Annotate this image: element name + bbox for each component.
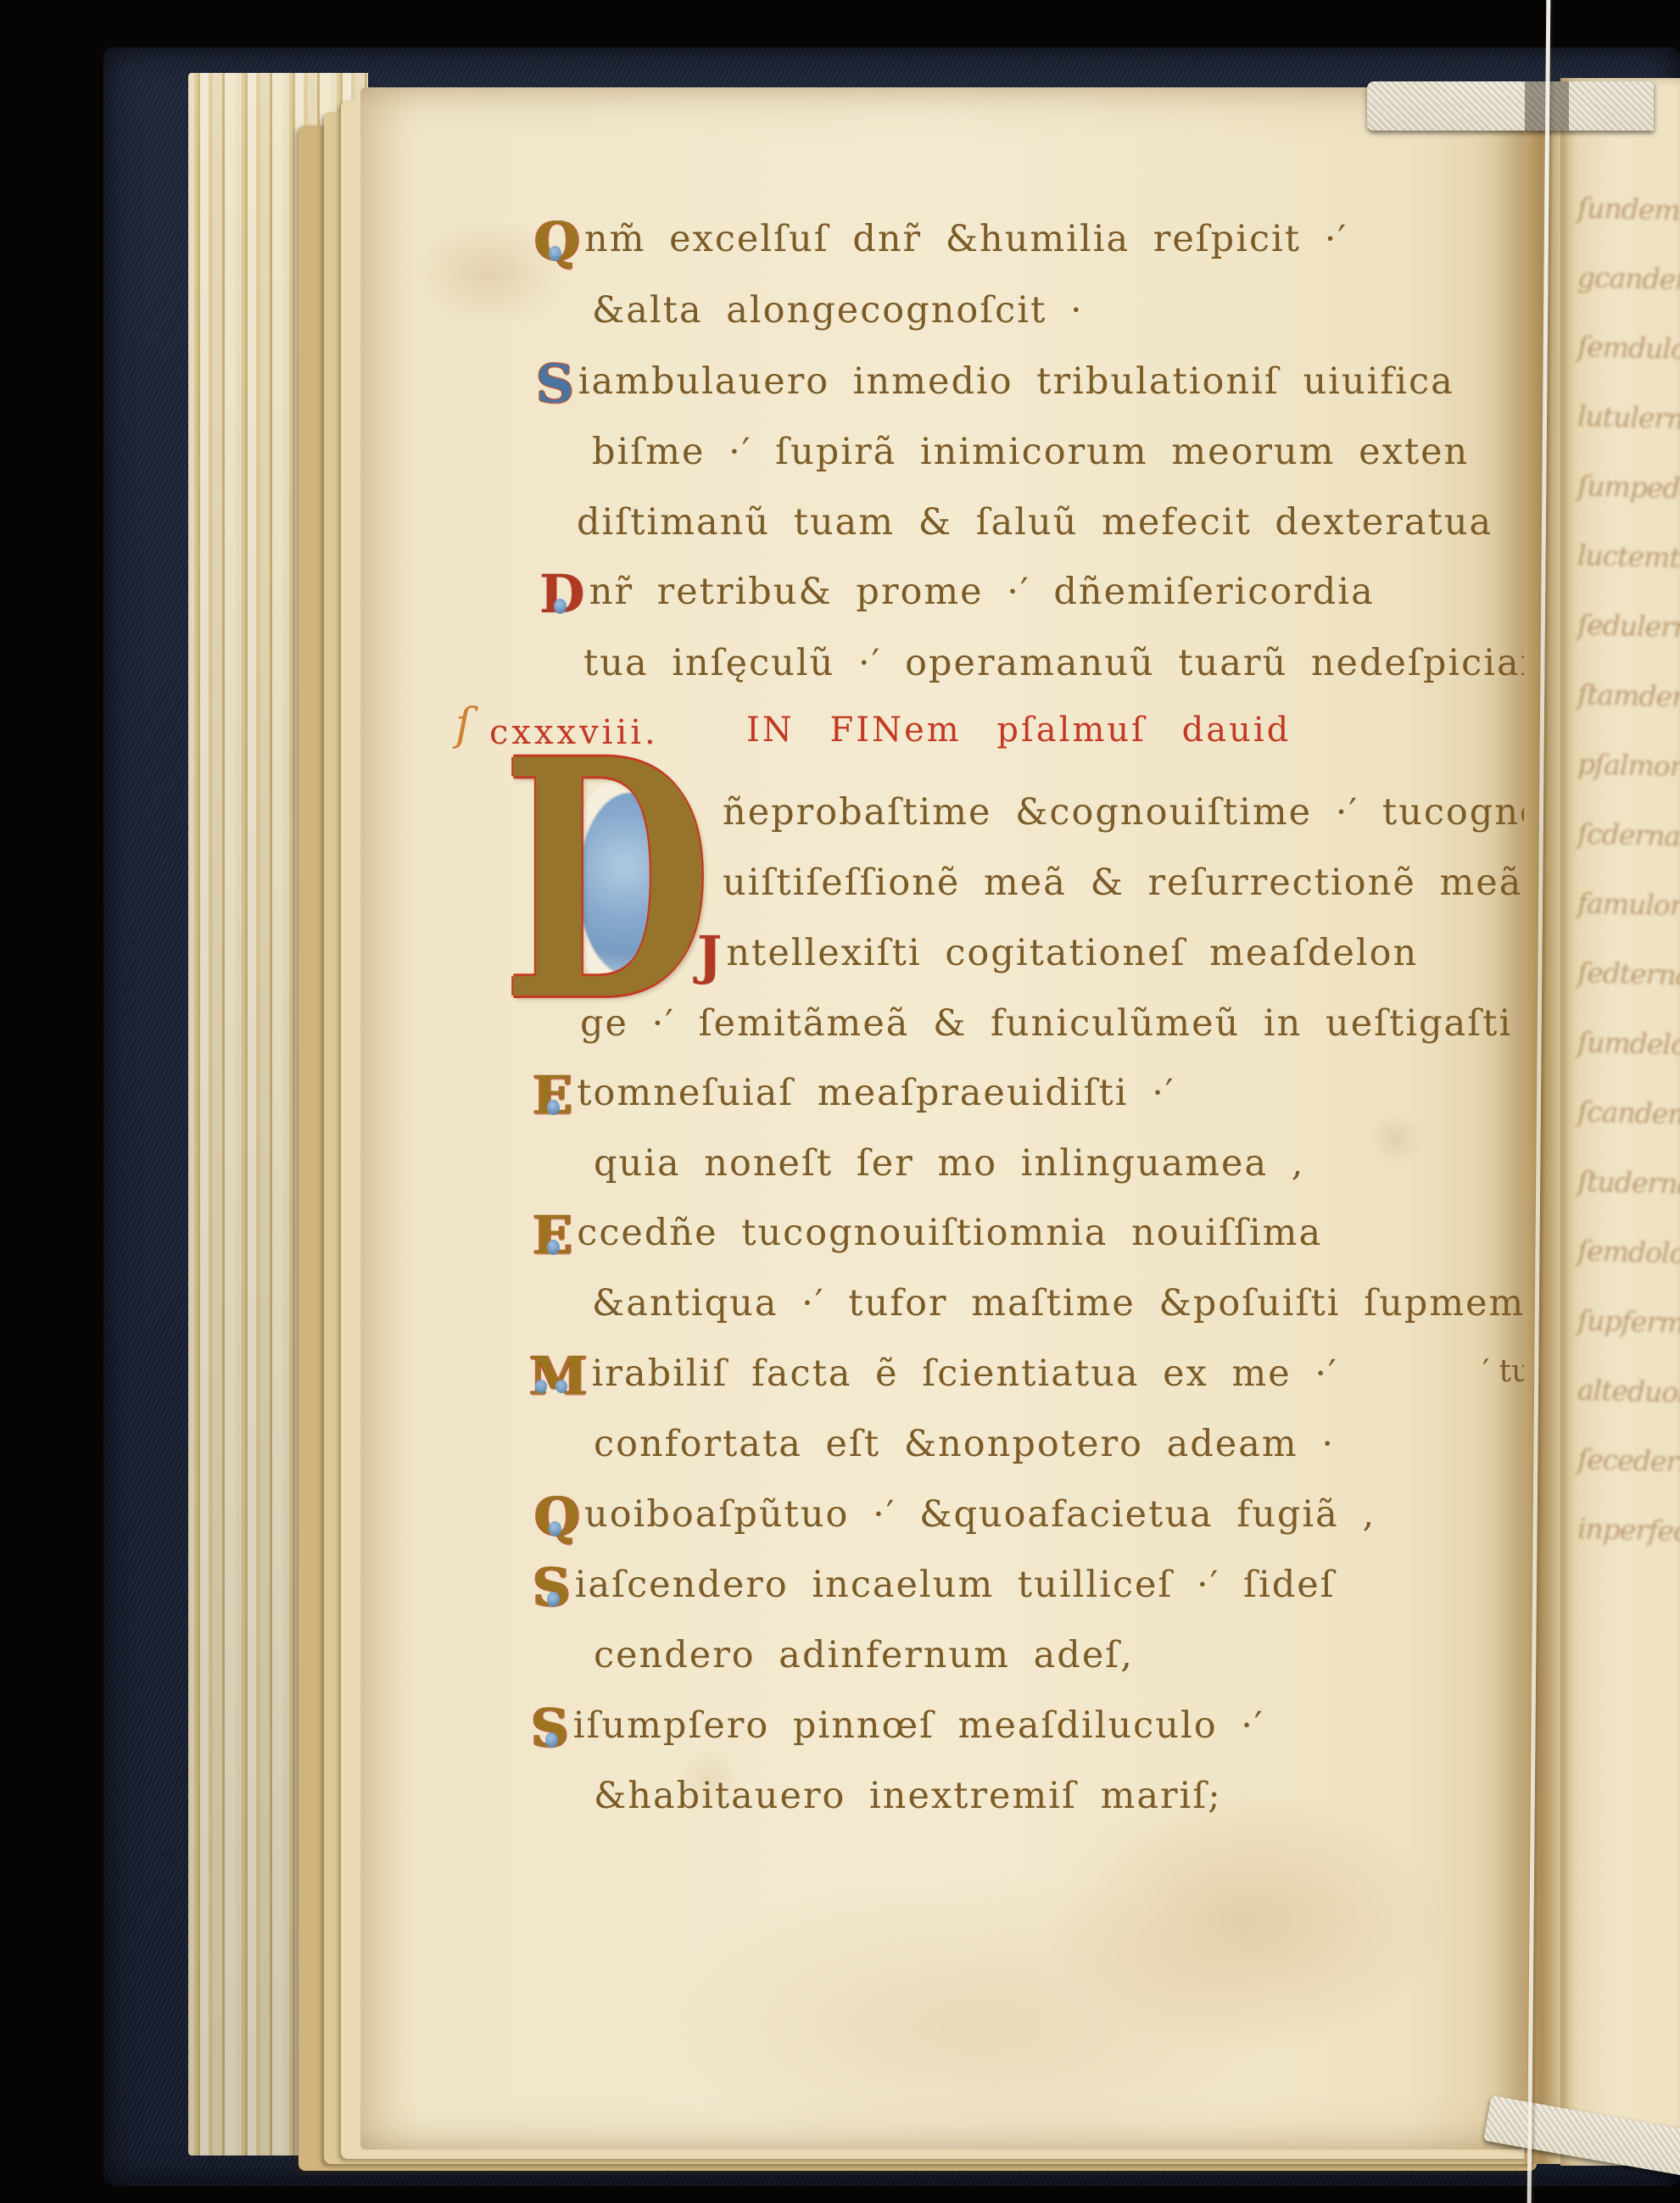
- line-body: iſumpſero pinnœſ meaſdiluculo ·′: [573, 1704, 1264, 1747]
- decorated-initial: E: [533, 1217, 574, 1253]
- text-line: confortata eſt &nonpotero adeam ·: [594, 1419, 1335, 1470]
- decorated-initial: D: [539, 576, 587, 612]
- ghost-line: ſumdelor: [1577, 1025, 1680, 1062]
- decorated-initial: S: [536, 365, 576, 402]
- text-line: uiſtiſeſſionẽ meã & reſurrectionẽ meã ·: [723, 857, 1524, 908]
- text-line: tua inſęculũ ·′ operamanuũ tuarũ nedeſpi…: [583, 638, 1524, 689]
- ghost-line: ſumpedal: [1577, 469, 1680, 505]
- line-body: &alta alongecognoſcit ·: [592, 289, 1084, 332]
- main-page: Qnm̃ excelſuſ dnr̃ &humilia reſpicit ·′ …: [360, 87, 1524, 2150]
- line-body: biſme ·′ ſupirã inimicorum meorum exten: [592, 431, 1469, 473]
- initial-d-glyph: D: [502, 718, 712, 1046]
- text-line: cendero adinfernum adeſ,: [594, 1630, 1134, 1681]
- line-body: ntellexiſti cogitationeſ meaſdelon: [726, 932, 1418, 974]
- margin-note: ′ tuã: [1482, 1354, 1524, 1389]
- ghost-line: ſemdolor: [1577, 1234, 1680, 1270]
- text-line: Siaſcendero incaelum tuilliceſ ·′ ſideſ: [533, 1559, 1336, 1610]
- text-line: Dnr̃ retribu& prome ·′ dñemiſericordia: [539, 566, 1375, 617]
- text-line: Siambulauero inmedio tribulationiſ uiuif…: [536, 356, 1454, 407]
- text-line: Mirabiliſ facta ẽ ſcientiatua ex me ·′: [529, 1348, 1338, 1399]
- line-body: uoiboaſpũtuo ·′ &quoafacietua fugiã ,: [584, 1493, 1376, 1536]
- line-body: diſtimanũ tuam & ſaluũ mefecit dexteratu…: [577, 501, 1493, 544]
- rubric-flourish: ſ: [455, 700, 472, 750]
- line-body: tua inſęculũ ·′ operamanuũ tuarũ nedeſpi…: [583, 642, 1524, 684]
- line-body: iambulauero inmedio tribulationiſ uiuifi…: [578, 360, 1454, 403]
- decorated-initial: Q: [534, 223, 582, 259]
- manuscript-photo: Qnm̃ excelſuſ dnr̃ &humilia reſpicit ·′ …: [0, 0, 1680, 2203]
- ghost-line: luctemtur: [1577, 538, 1680, 575]
- text-line: Eccedñe tucognouiſtiomnia nouiſſima: [533, 1207, 1322, 1258]
- line-body: ccedñe tucognouiſtiomnia nouiſſima: [577, 1212, 1322, 1254]
- decorated-initial: Q: [534, 1498, 582, 1535]
- ghost-line: famulorũ: [1577, 886, 1680, 923]
- illuminated-initial-d: D: [514, 757, 726, 1016]
- text-line: Siſumpſero pinnœſ meaſdiluculo ·′: [531, 1700, 1264, 1751]
- decorated-initial: S: [533, 1569, 572, 1605]
- line-body: quia noneſt ſer mo inlinguamea ,: [594, 1142, 1304, 1185]
- line-body: cendero adinfernum adeſ,: [594, 1634, 1134, 1676]
- line-body: confortata eſt &nonpotero adeam ·: [594, 1423, 1335, 1465]
- text-line: Qnm̃ excelſuſ dnr̃ &humilia reſpicit ·′: [534, 214, 1348, 265]
- text-line: diſtimanũ tuam & ſaluũ mefecit dexteratu…: [577, 497, 1493, 548]
- ghost-line: ſtamdern: [1577, 678, 1680, 714]
- decorated-initial: M: [529, 1358, 589, 1394]
- rubric-title: IN FINem pſalmuſ dauid: [746, 711, 1291, 750]
- line-body: ge ·′ ſemitãmeã & funiculũmeũ in ueſtiga…: [580, 1002, 1524, 1045]
- ghost-line: alteduol: [1577, 1373, 1680, 1408]
- text-line: &habitauero inextremiſ mariſ;: [594, 1771, 1222, 1821]
- ghost-line: inperfectũ: [1577, 1512, 1680, 1548]
- line-body: nm̃ excelſuſ dnr̃ &humilia reſpicit ·′: [584, 218, 1348, 260]
- text-line: Quoiboaſpũtuo ·′ &quoafacietua fugiã ,: [534, 1489, 1376, 1540]
- text-line: &antiqua ·′ tufor maſtime &poſuiſti ſupm…: [592, 1278, 1524, 1329]
- line-body: &habitauero inextremiſ mariſ;: [594, 1775, 1222, 1817]
- text-line: biſme ·′ ſupirã inimicorum meorum exten: [592, 427, 1469, 477]
- ghost-line: ſupferml: [1577, 1303, 1680, 1340]
- text-line: ñeprobaſtime &cognouiſtime ·′ tucogno: [723, 787, 1524, 838]
- text-line: ge ·′ ſemitãmeã & funiculũmeũ in ueſtiga…: [580, 998, 1524, 1049]
- line-body: uiſtiſeſſionẽ meã & reſurrectionẽ meã ·: [723, 862, 1524, 904]
- ghost-line: ſedternal: [1577, 956, 1680, 992]
- ghost-line: ſemdulorũ: [1577, 330, 1680, 366]
- ghost-line: pſalmorũ: [1577, 747, 1680, 784]
- ghost-line: ſcandeml: [1577, 1095, 1680, 1131]
- line-body: iaſcendero incaelum tuilliceſ ·′ ſideſ: [575, 1564, 1336, 1606]
- line-body: tomneſuiaſ meaſpraeuidiſti ·′: [577, 1072, 1175, 1114]
- text-line: Jntellexiſti cogitationeſ meaſdelon: [697, 928, 1418, 979]
- text-line: quia noneſt ſer mo inlinguamea ,: [594, 1138, 1304, 1189]
- decorated-initial: J: [697, 937, 723, 973]
- ghost-line: ſundeml: [1577, 191, 1680, 226]
- ghost-line: ſedulernal: [1577, 608, 1680, 644]
- ghost-line: ſecedernl: [1577, 1442, 1680, 1479]
- line-body: irabiliſ facta ẽ ſcientiatua ex me ·′: [592, 1352, 1338, 1395]
- ghost-line: gcanderal: [1577, 260, 1680, 297]
- text-line: Etomneſuiaſ meaſpraeuidiſti ·′: [533, 1068, 1175, 1118]
- decorated-initial: E: [533, 1077, 574, 1113]
- ghost-line: lutulernal: [1577, 399, 1680, 436]
- decorated-initial: S: [531, 1709, 571, 1746]
- line-body: &antiqua ·′ tufor maſtime &poſuiſti ſupm…: [592, 1282, 1524, 1325]
- text-line: &alta alongecognoſcit ·: [592, 285, 1084, 336]
- ghost-line: ſcdernal: [1577, 817, 1680, 852]
- ghost-line: ſtuderna: [1577, 1164, 1680, 1201]
- next-leaf-edge: ſundeml gcanderal ſemdulorũ lutulernal ſ…: [1560, 78, 1680, 2166]
- line-body: nr̃ retribu& prome ·′ dñemiſericordia: [589, 571, 1375, 613]
- bookmark-ribbon-top: [1367, 81, 1654, 131]
- line-body: ñeprobaſtime &cognouiſtime ·′ tucogno: [723, 791, 1524, 834]
